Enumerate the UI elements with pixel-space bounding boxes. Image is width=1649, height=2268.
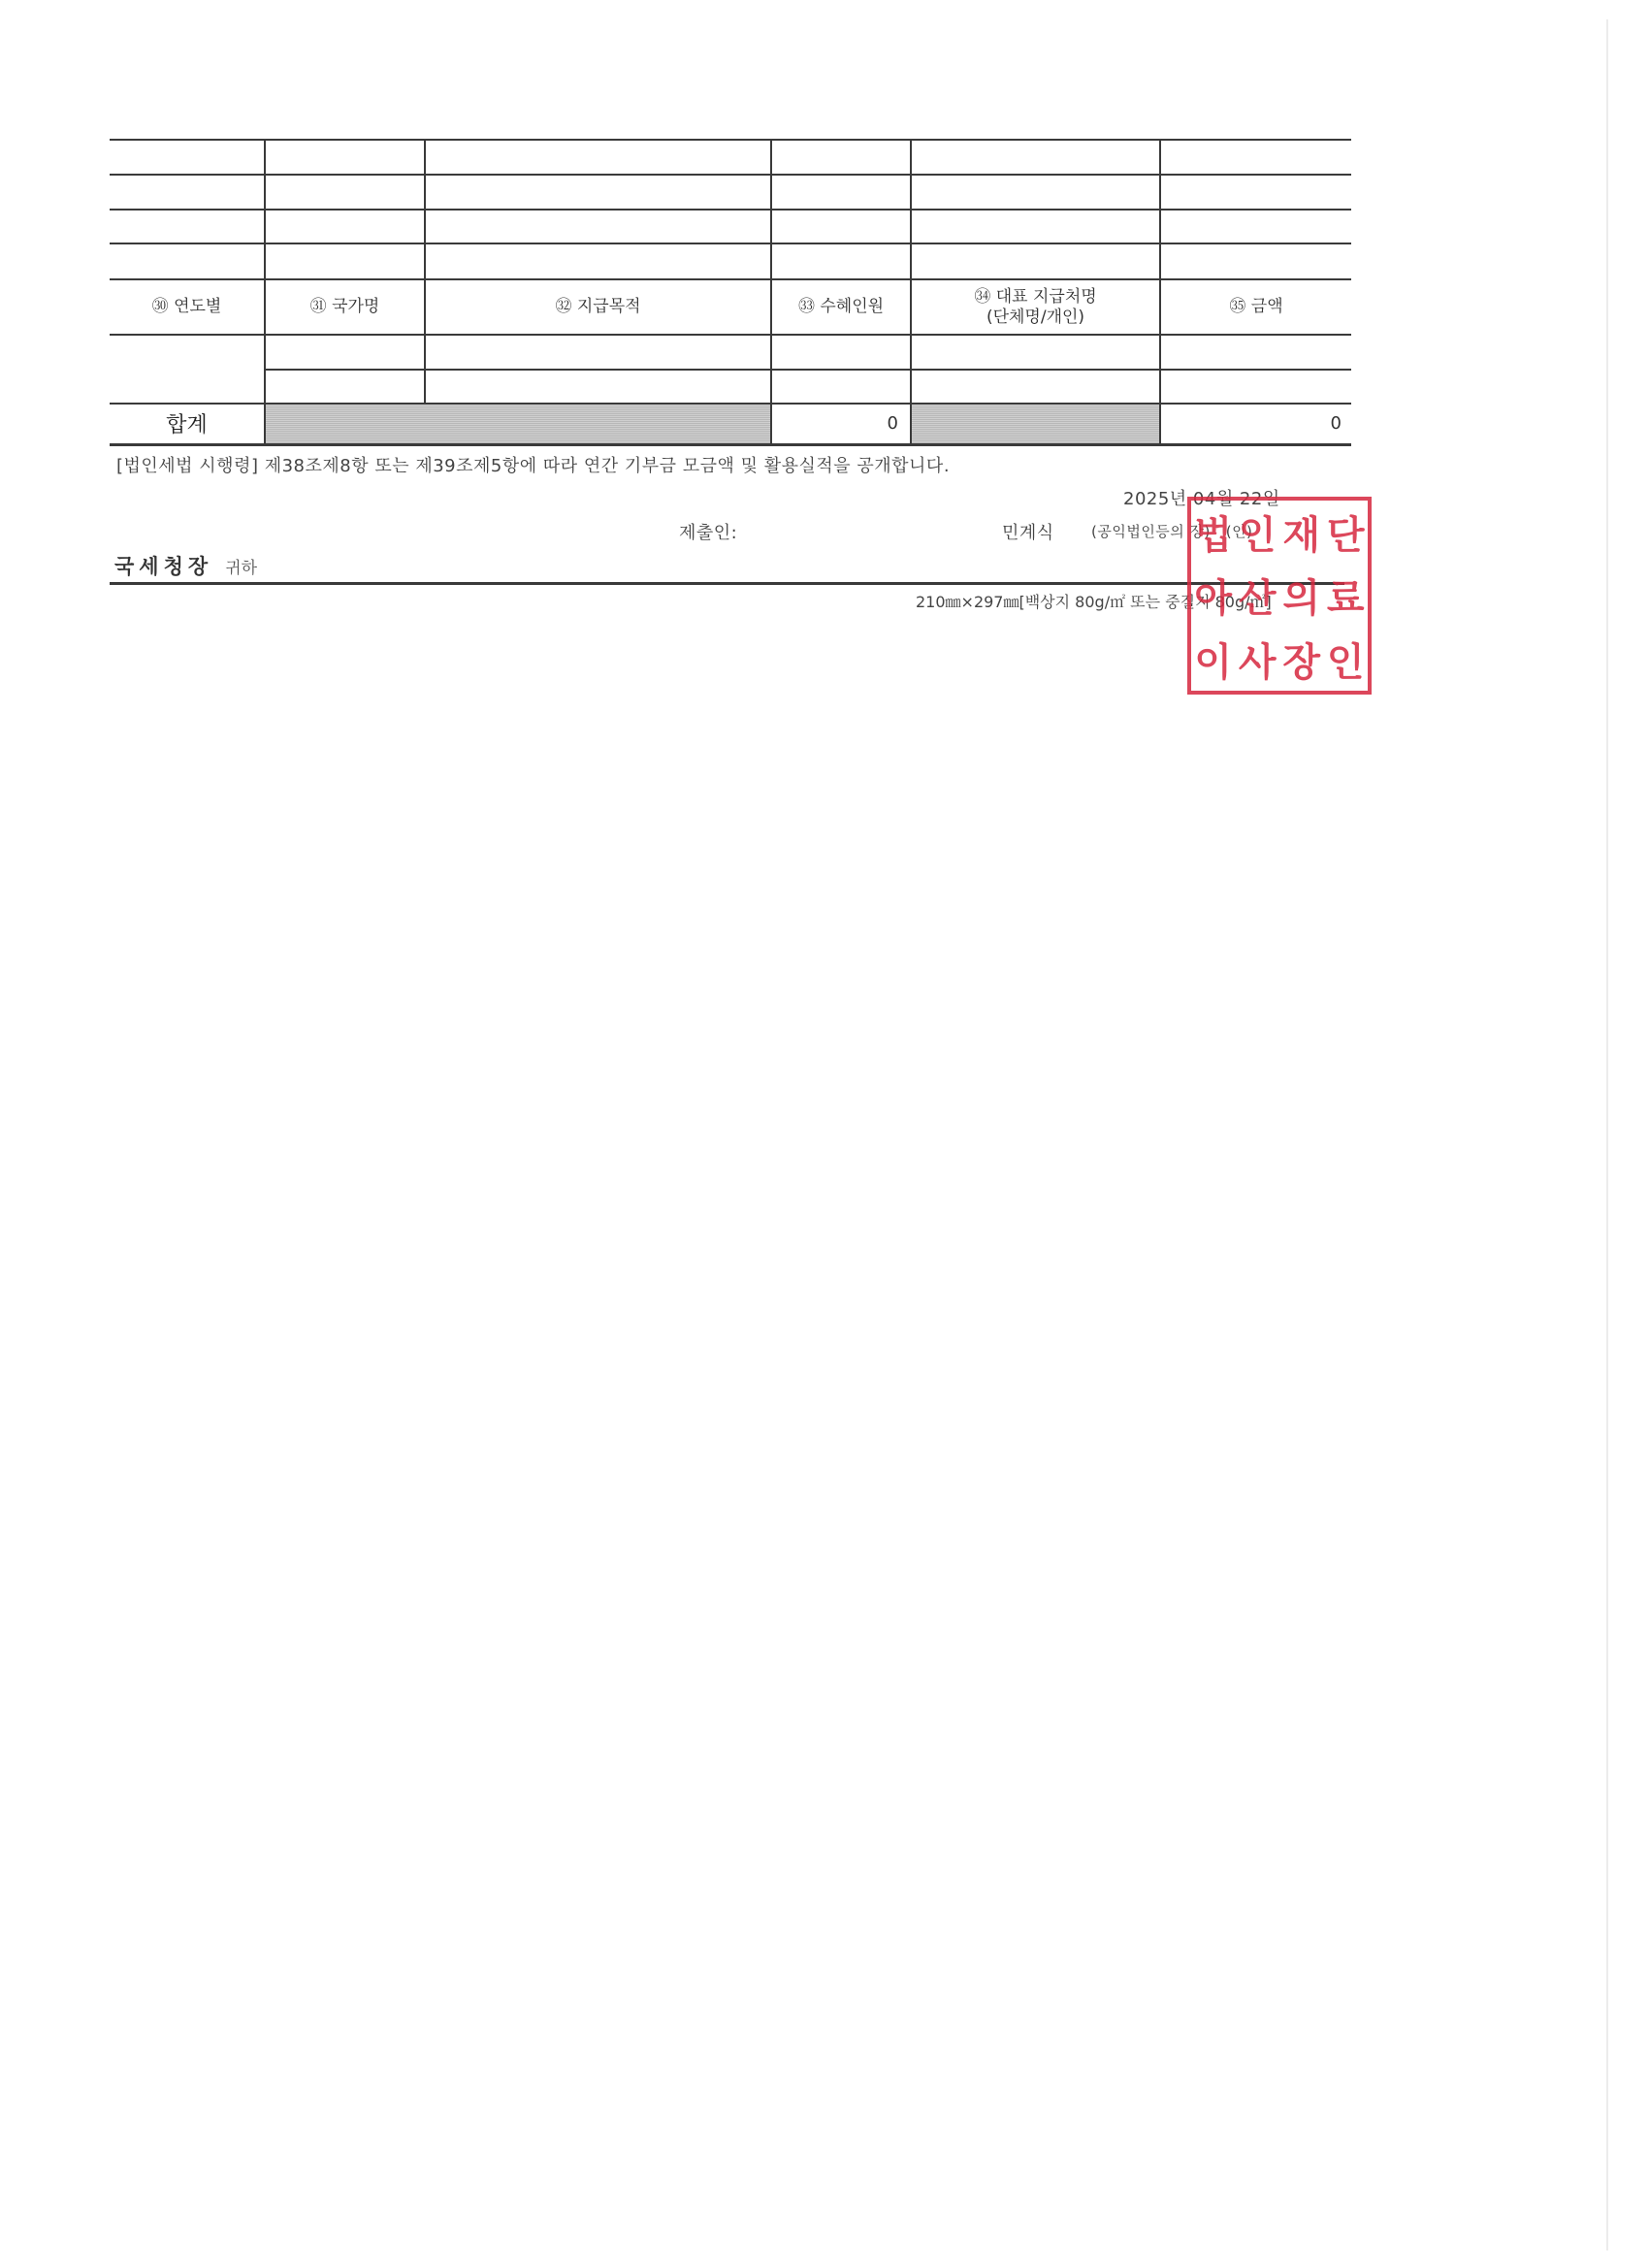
recipient-suffix: 귀하 <box>225 559 257 578</box>
submitter-name: 민계식 <box>1002 519 1054 544</box>
recipient-line: 국세청장 귀하 <box>114 551 257 580</box>
header-year: ㉚ 연도별 <box>110 280 264 334</box>
total-recipients: 0 <box>772 413 898 434</box>
header-recipients: ㉝ 수혜인원 <box>772 280 910 334</box>
header-country: ㉛ 국가명 <box>266 280 424 334</box>
official-seal-stamp: 법인재단 아산의료 이사장인 <box>1187 497 1372 695</box>
total-shaded-cell-2 <box>912 405 1159 443</box>
footer-rule <box>110 582 1344 585</box>
scan-edge <box>1606 19 1608 2251</box>
total-shaded-cell <box>266 405 770 443</box>
recipient-name: 국세청장 <box>114 555 212 578</box>
legal-note: [법인세법 시행령] 제38조제8항 또는 제39조제5항에 따라 연간 기부금… <box>116 452 950 477</box>
submitter-label: 제출인: <box>679 519 737 544</box>
header-purpose: ㉜ 지급목적 <box>426 280 770 334</box>
header-amount: ㉟ 금액 <box>1161 280 1351 334</box>
total-amount: 0 <box>1161 413 1342 434</box>
total-label: 합계 <box>110 408 264 438</box>
header-payee: ㉞ 대표 지급처명(단체명/개인) <box>912 280 1159 334</box>
